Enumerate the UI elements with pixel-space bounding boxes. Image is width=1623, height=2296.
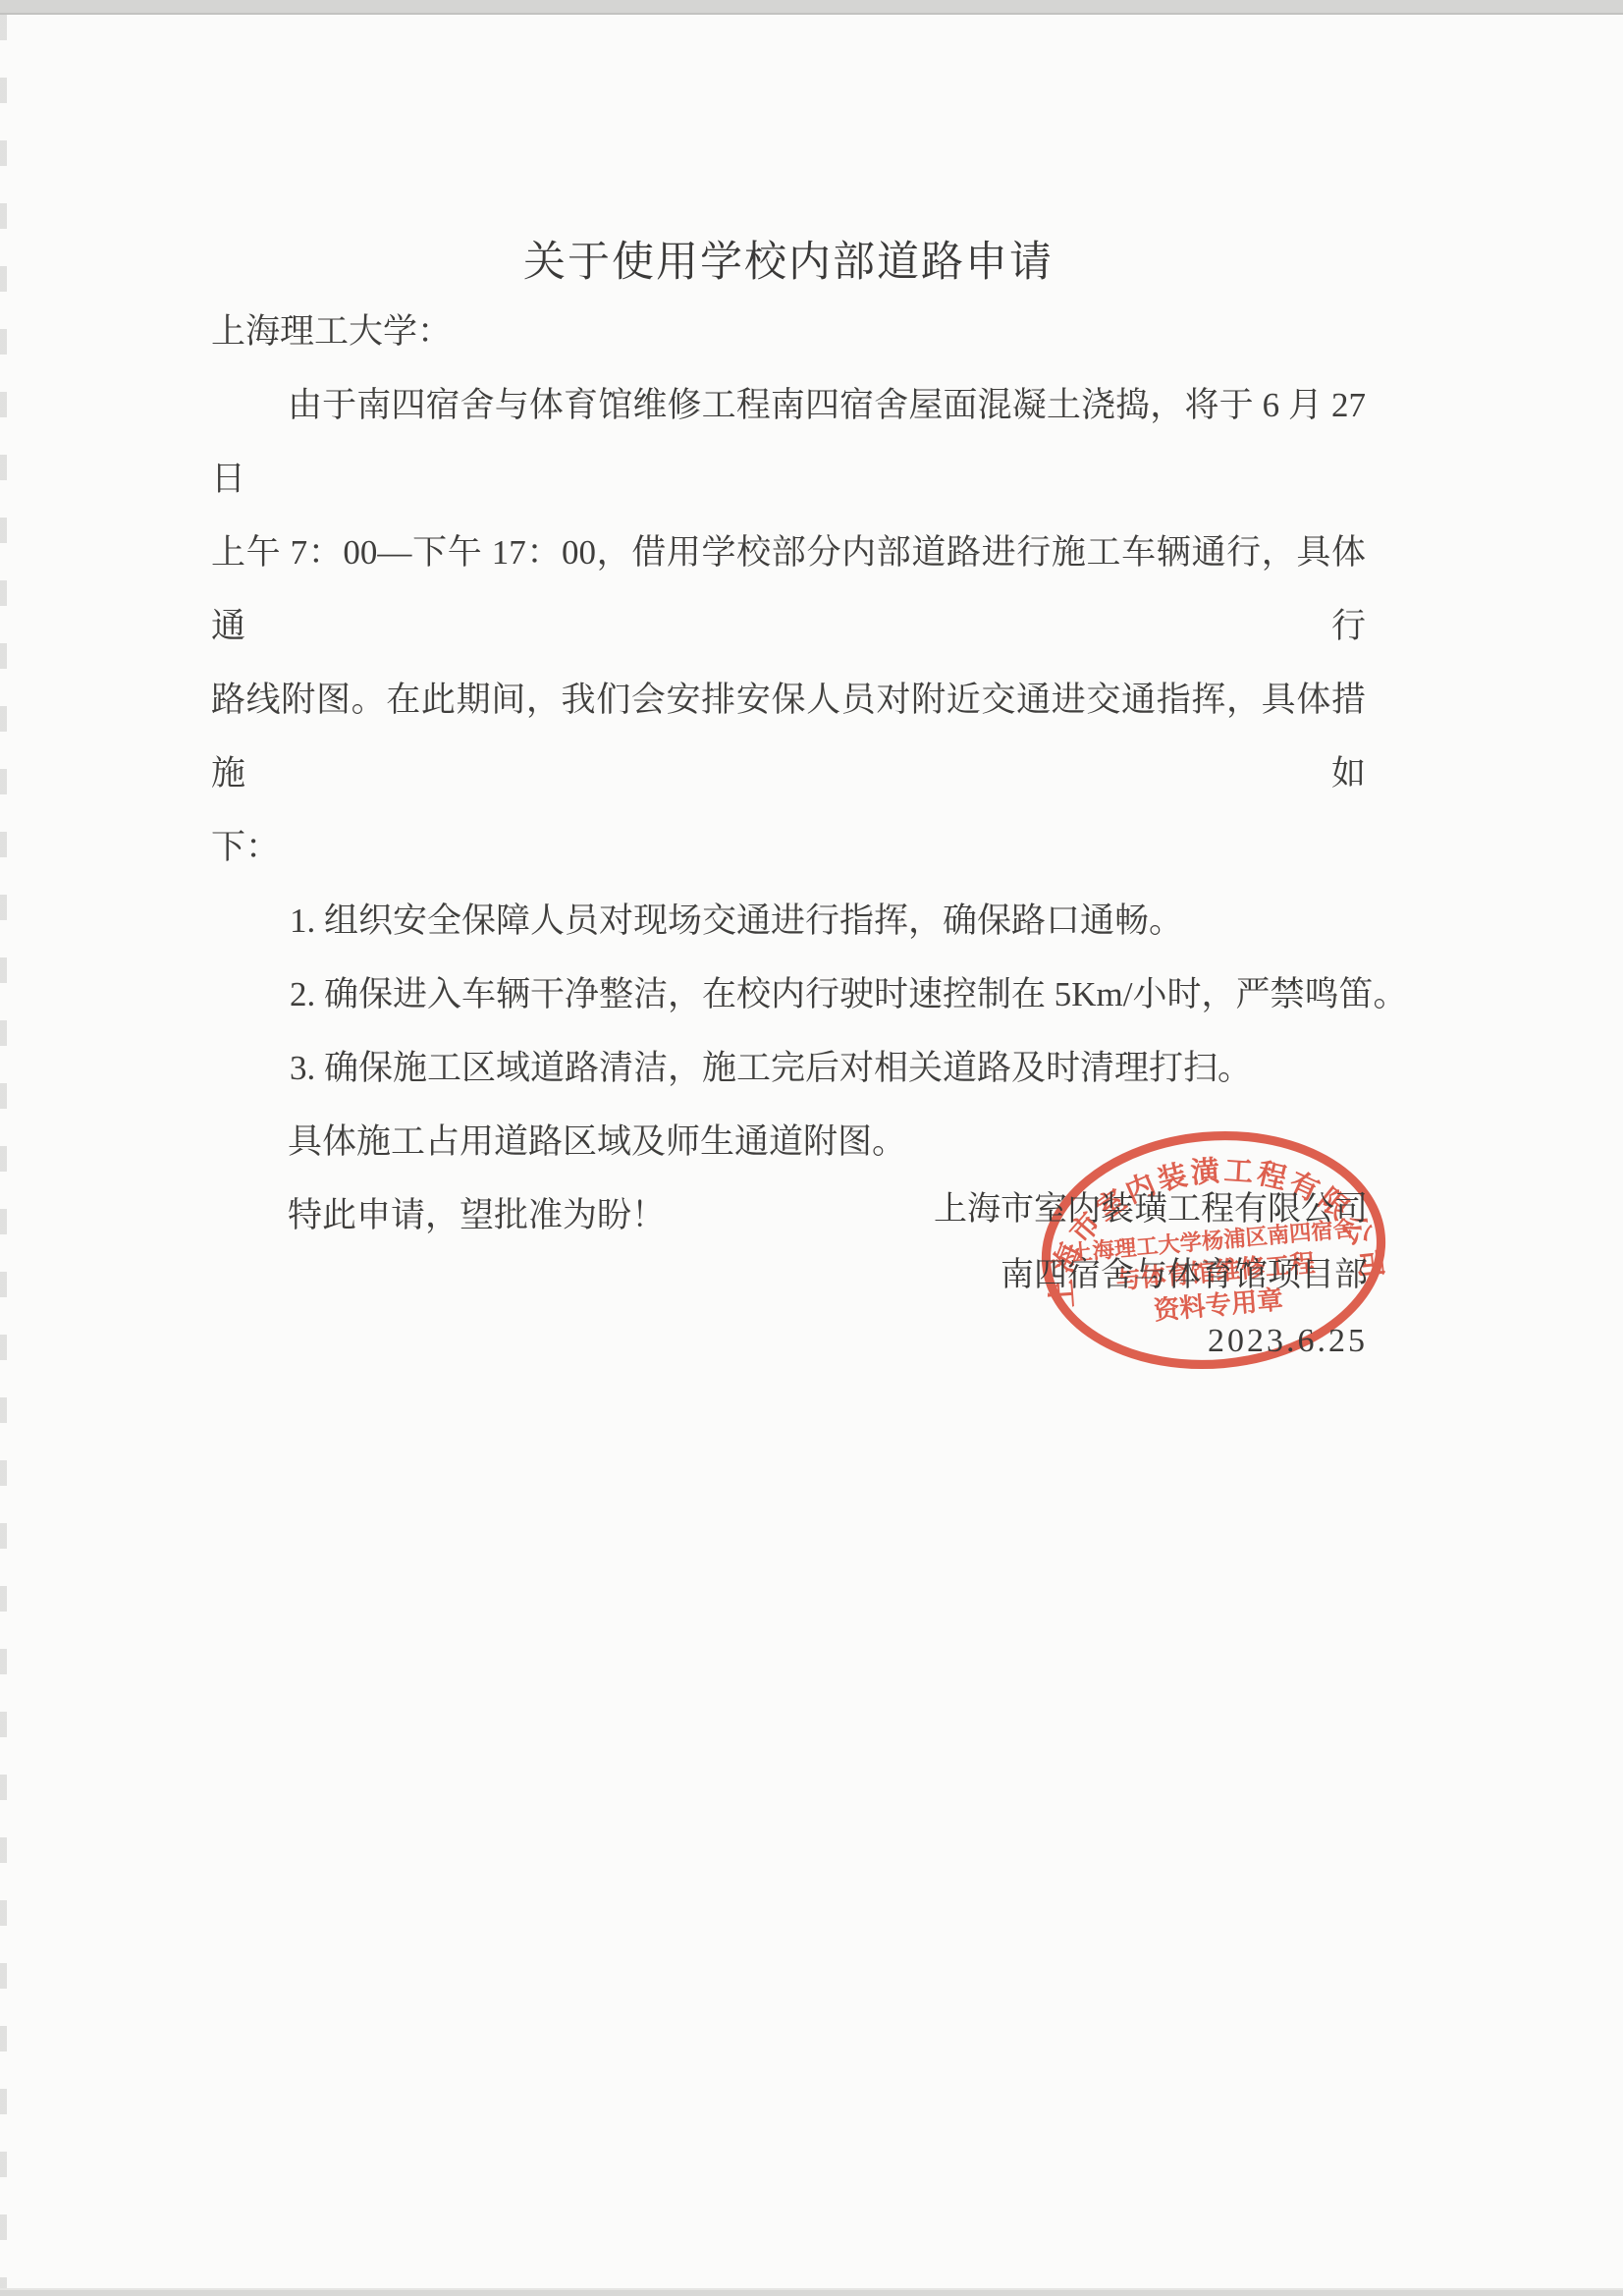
paragraph-line: 下： xyxy=(211,810,1366,884)
signature-block: 上海市室内装璜工程有限公司 南四宿舍与体育馆项目部 2023.6.25 xyxy=(211,1176,1368,1374)
list-item-1: 1. 组织安全保障人员对现场交通进行指挥，确保路口通畅。 xyxy=(211,884,1366,957)
list-item-2: 2. 确保进入车辆干净整洁，在校内行驶时速控制在 5Km/小时，严禁鸣笛。 xyxy=(211,957,1366,1031)
addressee-line: 上海理工大学： xyxy=(211,295,1366,368)
scanned-document-page: 关于使用学校内部道路申请 上海理工大学： 由于南四宿舍与体育馆维修工程南四宿舍屋… xyxy=(0,0,1623,2296)
document-text: 上海理工大学： 由于南四宿舍与体育馆维修工程南四宿舍屋面混凝土浇捣，将于 6 月… xyxy=(211,295,1366,1252)
signature-date: 2023.6.25 xyxy=(211,1308,1368,1374)
document-title: 关于使用学校内部道路申请 xyxy=(211,232,1366,295)
scanner-edge-bottom xyxy=(0,2288,1623,2296)
document-body: 关于使用学校内部道路申请 上海理工大学： 由于南四宿舍与体育馆维修工程南四宿舍屋… xyxy=(211,232,1366,1252)
signature-department: 南四宿舍与体育馆项目部 xyxy=(211,1242,1368,1308)
scanner-edge-top xyxy=(0,0,1623,15)
paragraph-line: 路线附图。在此期间，我们会安排安保人员对附近交通进交通指挥，具体措施如 xyxy=(211,663,1366,810)
paragraph-line: 上午 7：00—下午 17：00，借用学校部分内部道路进行施工车辆通行，具体通行 xyxy=(211,516,1366,663)
scanner-edge-left xyxy=(0,15,7,2288)
paragraph-line: 由于南四宿舍与体育馆维修工程南四宿舍屋面混凝土浇捣，将于 6 月 27 日 xyxy=(211,368,1366,516)
list-item-3: 3. 确保施工区域道路清洁，施工完后对相关道路及时清理打扫。 xyxy=(211,1031,1366,1105)
signature-company: 上海市室内装璜工程有限公司 xyxy=(211,1176,1368,1242)
